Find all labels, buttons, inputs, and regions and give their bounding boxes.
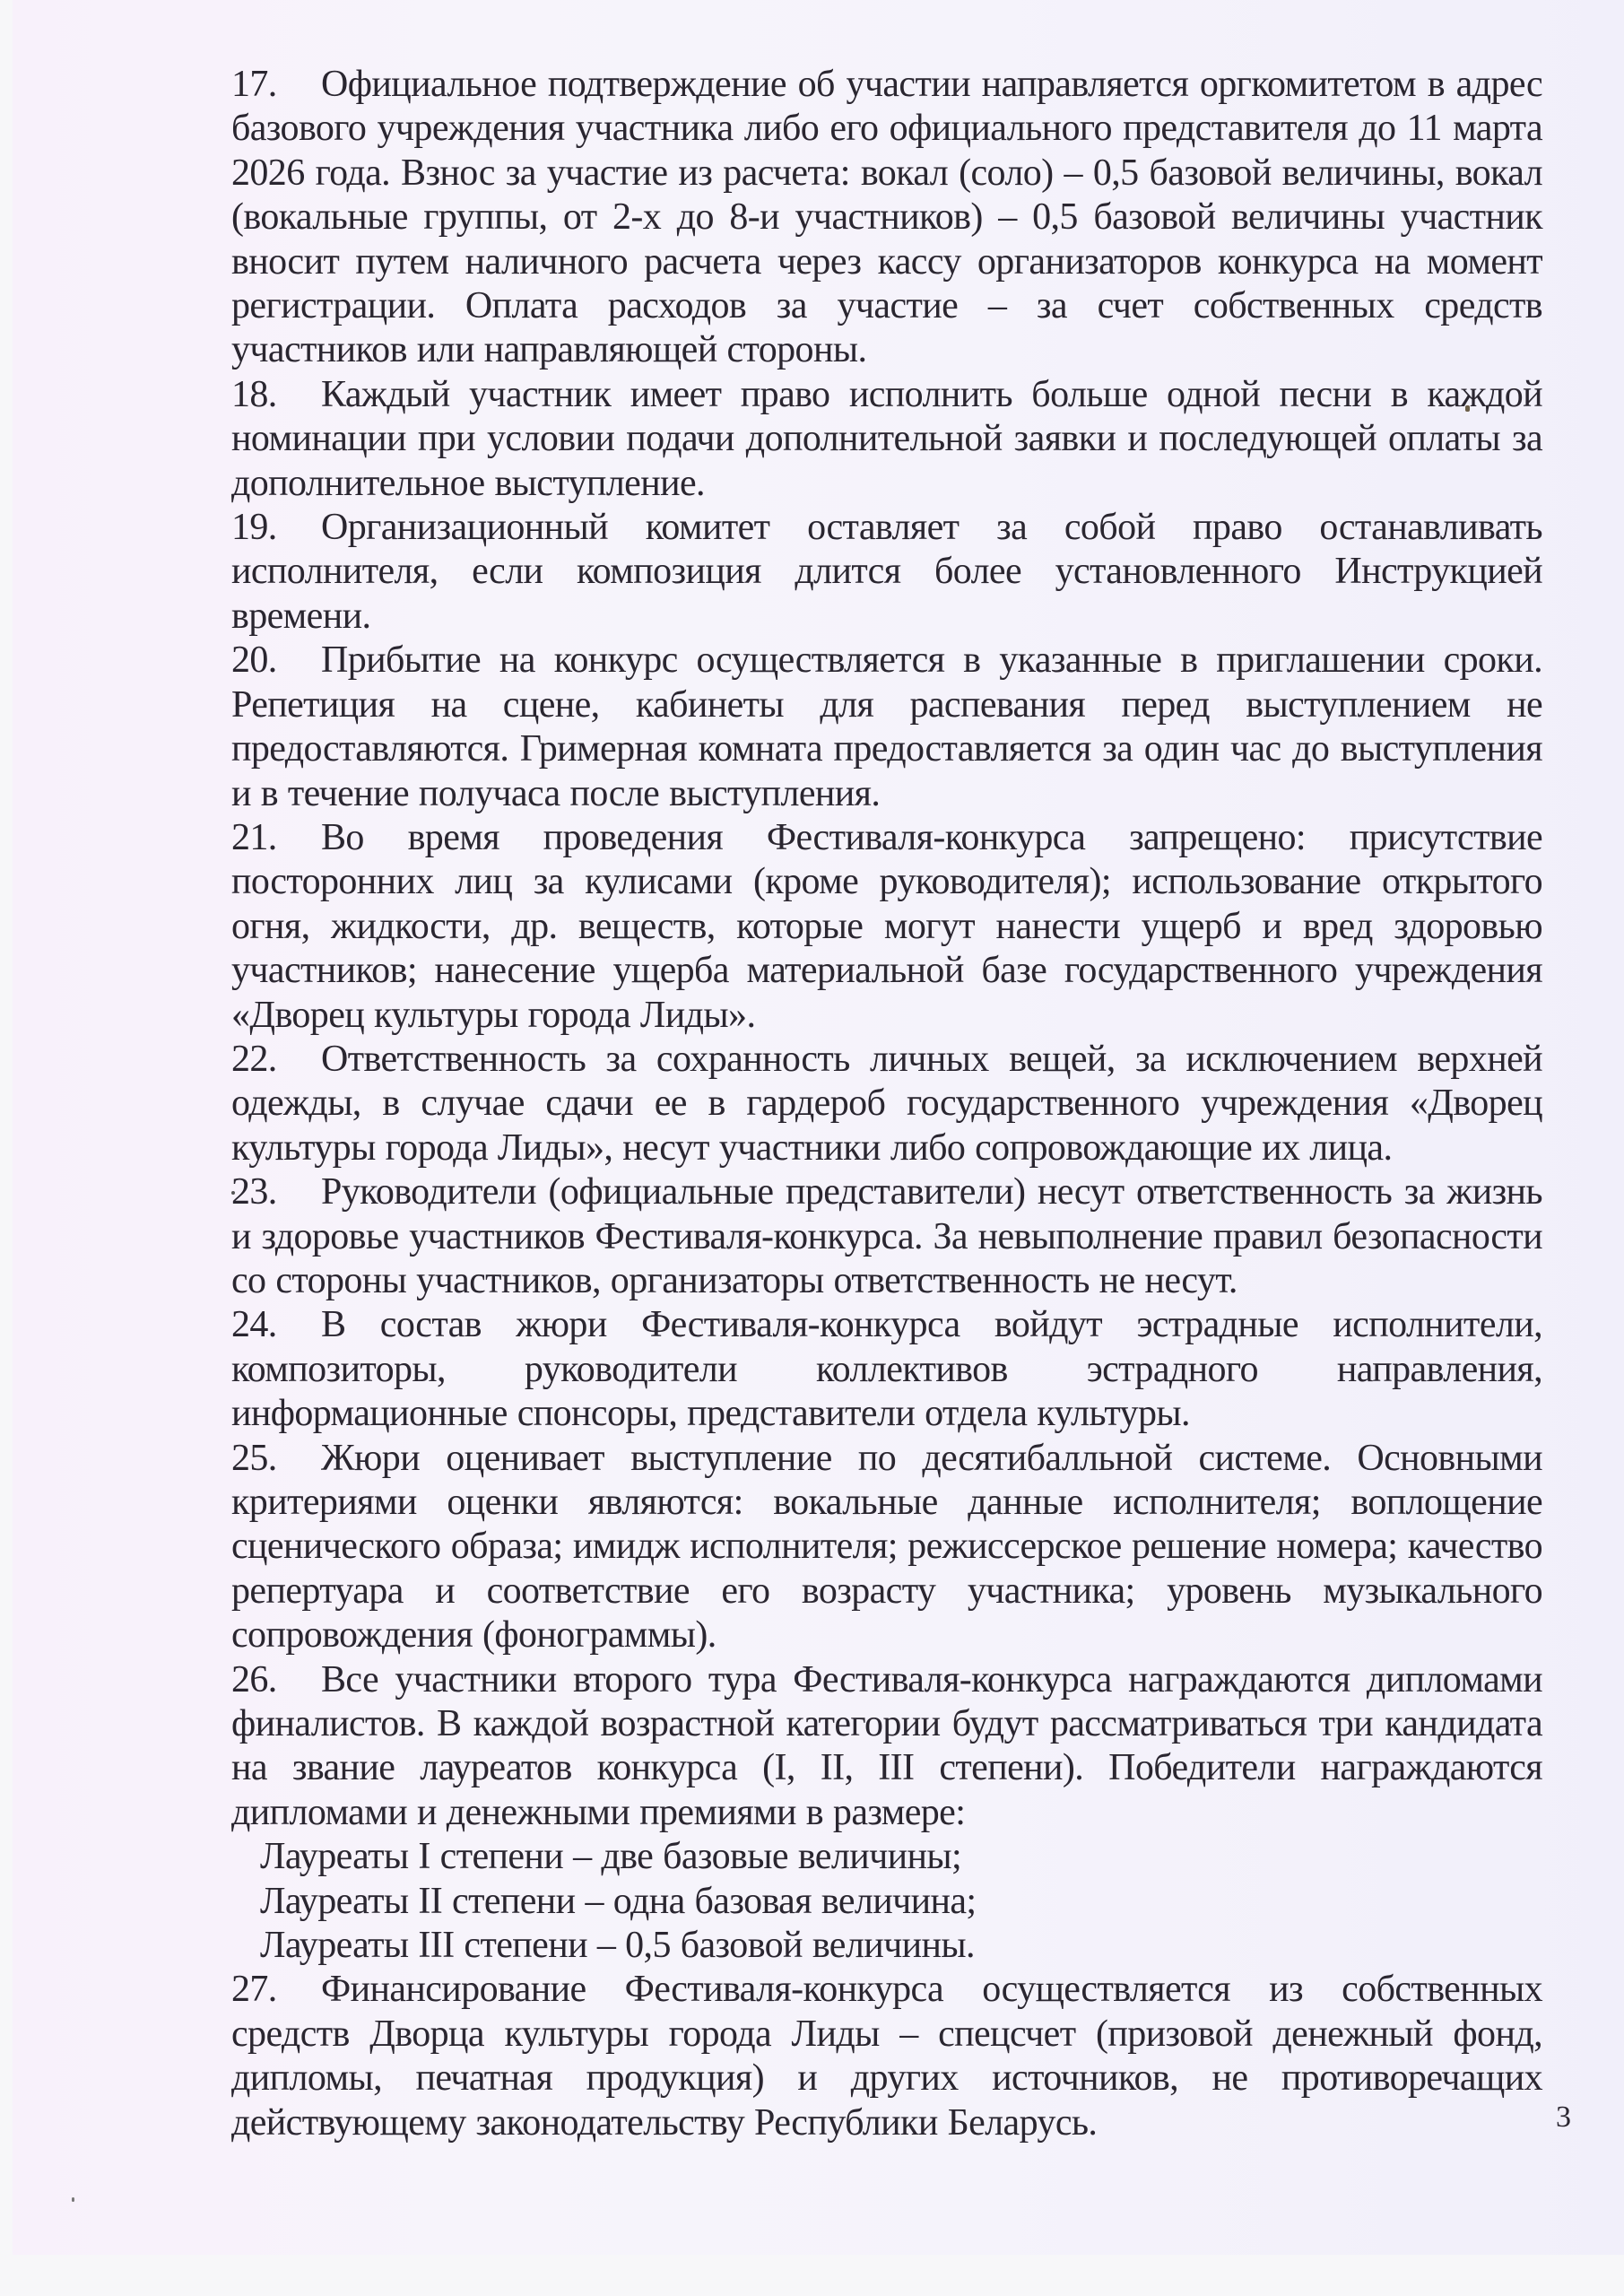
paragraph-number: 27. (231, 1968, 321, 2012)
scan-speck (1465, 405, 1470, 412)
prize-third-degree: Лауреаты III степени – 0,5 базовой велич… (260, 1924, 1542, 1968)
paragraph-text: Официальное подтверждение об участии нап… (231, 64, 1542, 370)
paragraph-text: Каждый участник имеет право исполнить бо… (231, 374, 1542, 504)
paragraph-number: 21. (231, 816, 321, 860)
paragraph-text: Организационный комитет оставляет за соб… (231, 507, 1542, 637)
scan-speck (72, 2197, 74, 2202)
paragraph-number: 24. (231, 1303, 321, 1347)
paragraph-number: 18. (231, 373, 321, 417)
paragraph-text: Прибытие на конкурс осуществляется в ука… (231, 639, 1542, 813)
paragraph-number: 22. (231, 1038, 321, 1082)
paragraph-text: Все участники второго тура Фестиваля-кон… (231, 1659, 1542, 1833)
paragraph-21: 21.Во время проведения Фестиваля-конкурс… (231, 816, 1542, 1038)
page-number: 3 (1556, 2100, 1571, 2135)
paragraph-25: 25.Жюри оценивает выступление по десятиб… (231, 1437, 1542, 1658)
paragraph-text: Ответственность за сохранность личных ве… (231, 1039, 1542, 1169)
scan-speck (231, 1191, 235, 1195)
document-body: 17.Официальное подтверждение об участии … (231, 63, 1542, 2145)
paragraph-22: 22.Ответственность за сохранность личных… (231, 1038, 1542, 1170)
paragraph-text: Во время проведения Фестиваля-конкурса з… (231, 817, 1542, 1036)
prize-second-degree: Лауреаты II степени – одна базовая велич… (260, 1880, 1542, 1924)
paragraph-26: 26.Все участники второго тура Фестиваля-… (231, 1658, 1542, 1836)
paragraph-19: 19.Организационный комитет оставляет за … (231, 506, 1542, 639)
paragraph-18: 18.Каждый участник имеет право исполнить… (231, 373, 1542, 506)
paragraph-text: Жюри оценивает выступление по десятибалл… (231, 1438, 1542, 1657)
paragraph-24: 24.В состав жюри Фестиваля-конкурса войд… (231, 1303, 1542, 1436)
paragraph-text: В состав жюри Фестиваля-конкурса войдут … (231, 1304, 1542, 1434)
paragraph-number: 20. (231, 639, 321, 683)
paragraph-text: Финансирование Фестиваля-конкурса осущес… (231, 1969, 1542, 2143)
paragraph-number: 23. (231, 1170, 321, 1214)
paragraph-number: 19. (231, 506, 321, 550)
paragraph-23: 23.Руководители (официальные представите… (231, 1170, 1542, 1303)
paragraph-text: Руководители (официальные представители)… (231, 1171, 1542, 1301)
paragraph-17: 17.Официальное подтверждение об участии … (231, 63, 1542, 373)
paragraph-number: 17. (231, 63, 321, 107)
paragraph-number: 25. (231, 1437, 321, 1481)
paragraph-27: 27.Финансирование Фестиваля-конкурса осу… (231, 1968, 1542, 2145)
paragraph-20: 20.Прибытие на конкурс осуществляется в … (231, 639, 1542, 816)
prize-first-degree: Лауреаты I степени – две базовые величин… (260, 1835, 1542, 1879)
paragraph-number: 26. (231, 1658, 321, 1702)
